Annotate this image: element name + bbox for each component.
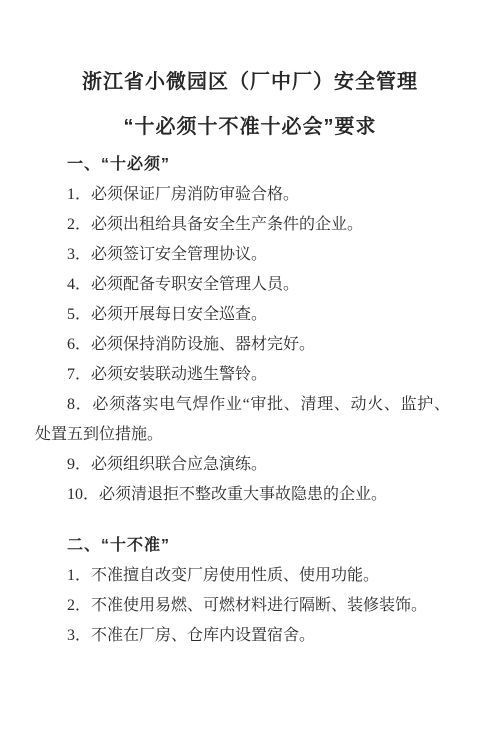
list-item: 10．必须清退拒不整改重大事故隐患的企业。 (35, 480, 450, 510)
list-item: 7．必须安装联动逃生警铃。 (35, 360, 450, 390)
list-item: 3．必须签订安全管理协议。 (35, 240, 450, 270)
list-item: 2．必须出租给具备安全生产条件的企业。 (35, 210, 450, 240)
section-heading-must: 一、“十必须” (35, 150, 450, 180)
list-item: 5．必须开展每日安全巡查。 (35, 300, 450, 330)
document-page: 浙江省小微园区（厂中厂）安全管理 “十必须十不准十必会”要求 一、“十必须” 1… (0, 0, 500, 747)
document-title-line-2: “十必须十不准十必会”要求 (0, 105, 500, 150)
list-item: 8．必须落实电气焊作业“审批、清理、动火、监护、处置五到位措施。 (35, 390, 450, 450)
list-item: 9．必须组织联合应急演练。 (35, 450, 450, 480)
list-item: 4．必须配备专职安全管理人员。 (35, 270, 450, 300)
document-body: 一、“十必须” 1．必须保证厂房消防审验合格。 2．必须出租给具备安全生产条件的… (0, 150, 500, 651)
document-title: 浙江省小微园区（厂中厂）安全管理 “十必须十不准十必会”要求 (0, 0, 500, 150)
list-item: 2．不准使用易燃、可燃材料进行隔断、装修装饰。 (35, 591, 450, 621)
section-heading-forbidden: 二、“十不准” (35, 531, 450, 561)
list-item: 1．必须保证厂房消防审验合格。 (35, 180, 450, 210)
list-item: 6．必须保持消防设施、器材完好。 (35, 330, 450, 360)
list-item: 1．不准擅自改变厂房使用性质、使用功能。 (35, 561, 450, 591)
document-title-line-1: 浙江省小微园区（厂中厂）安全管理 (0, 60, 500, 105)
list-item: 3．不准在厂房、仓库内设置宿舍。 (35, 621, 450, 651)
